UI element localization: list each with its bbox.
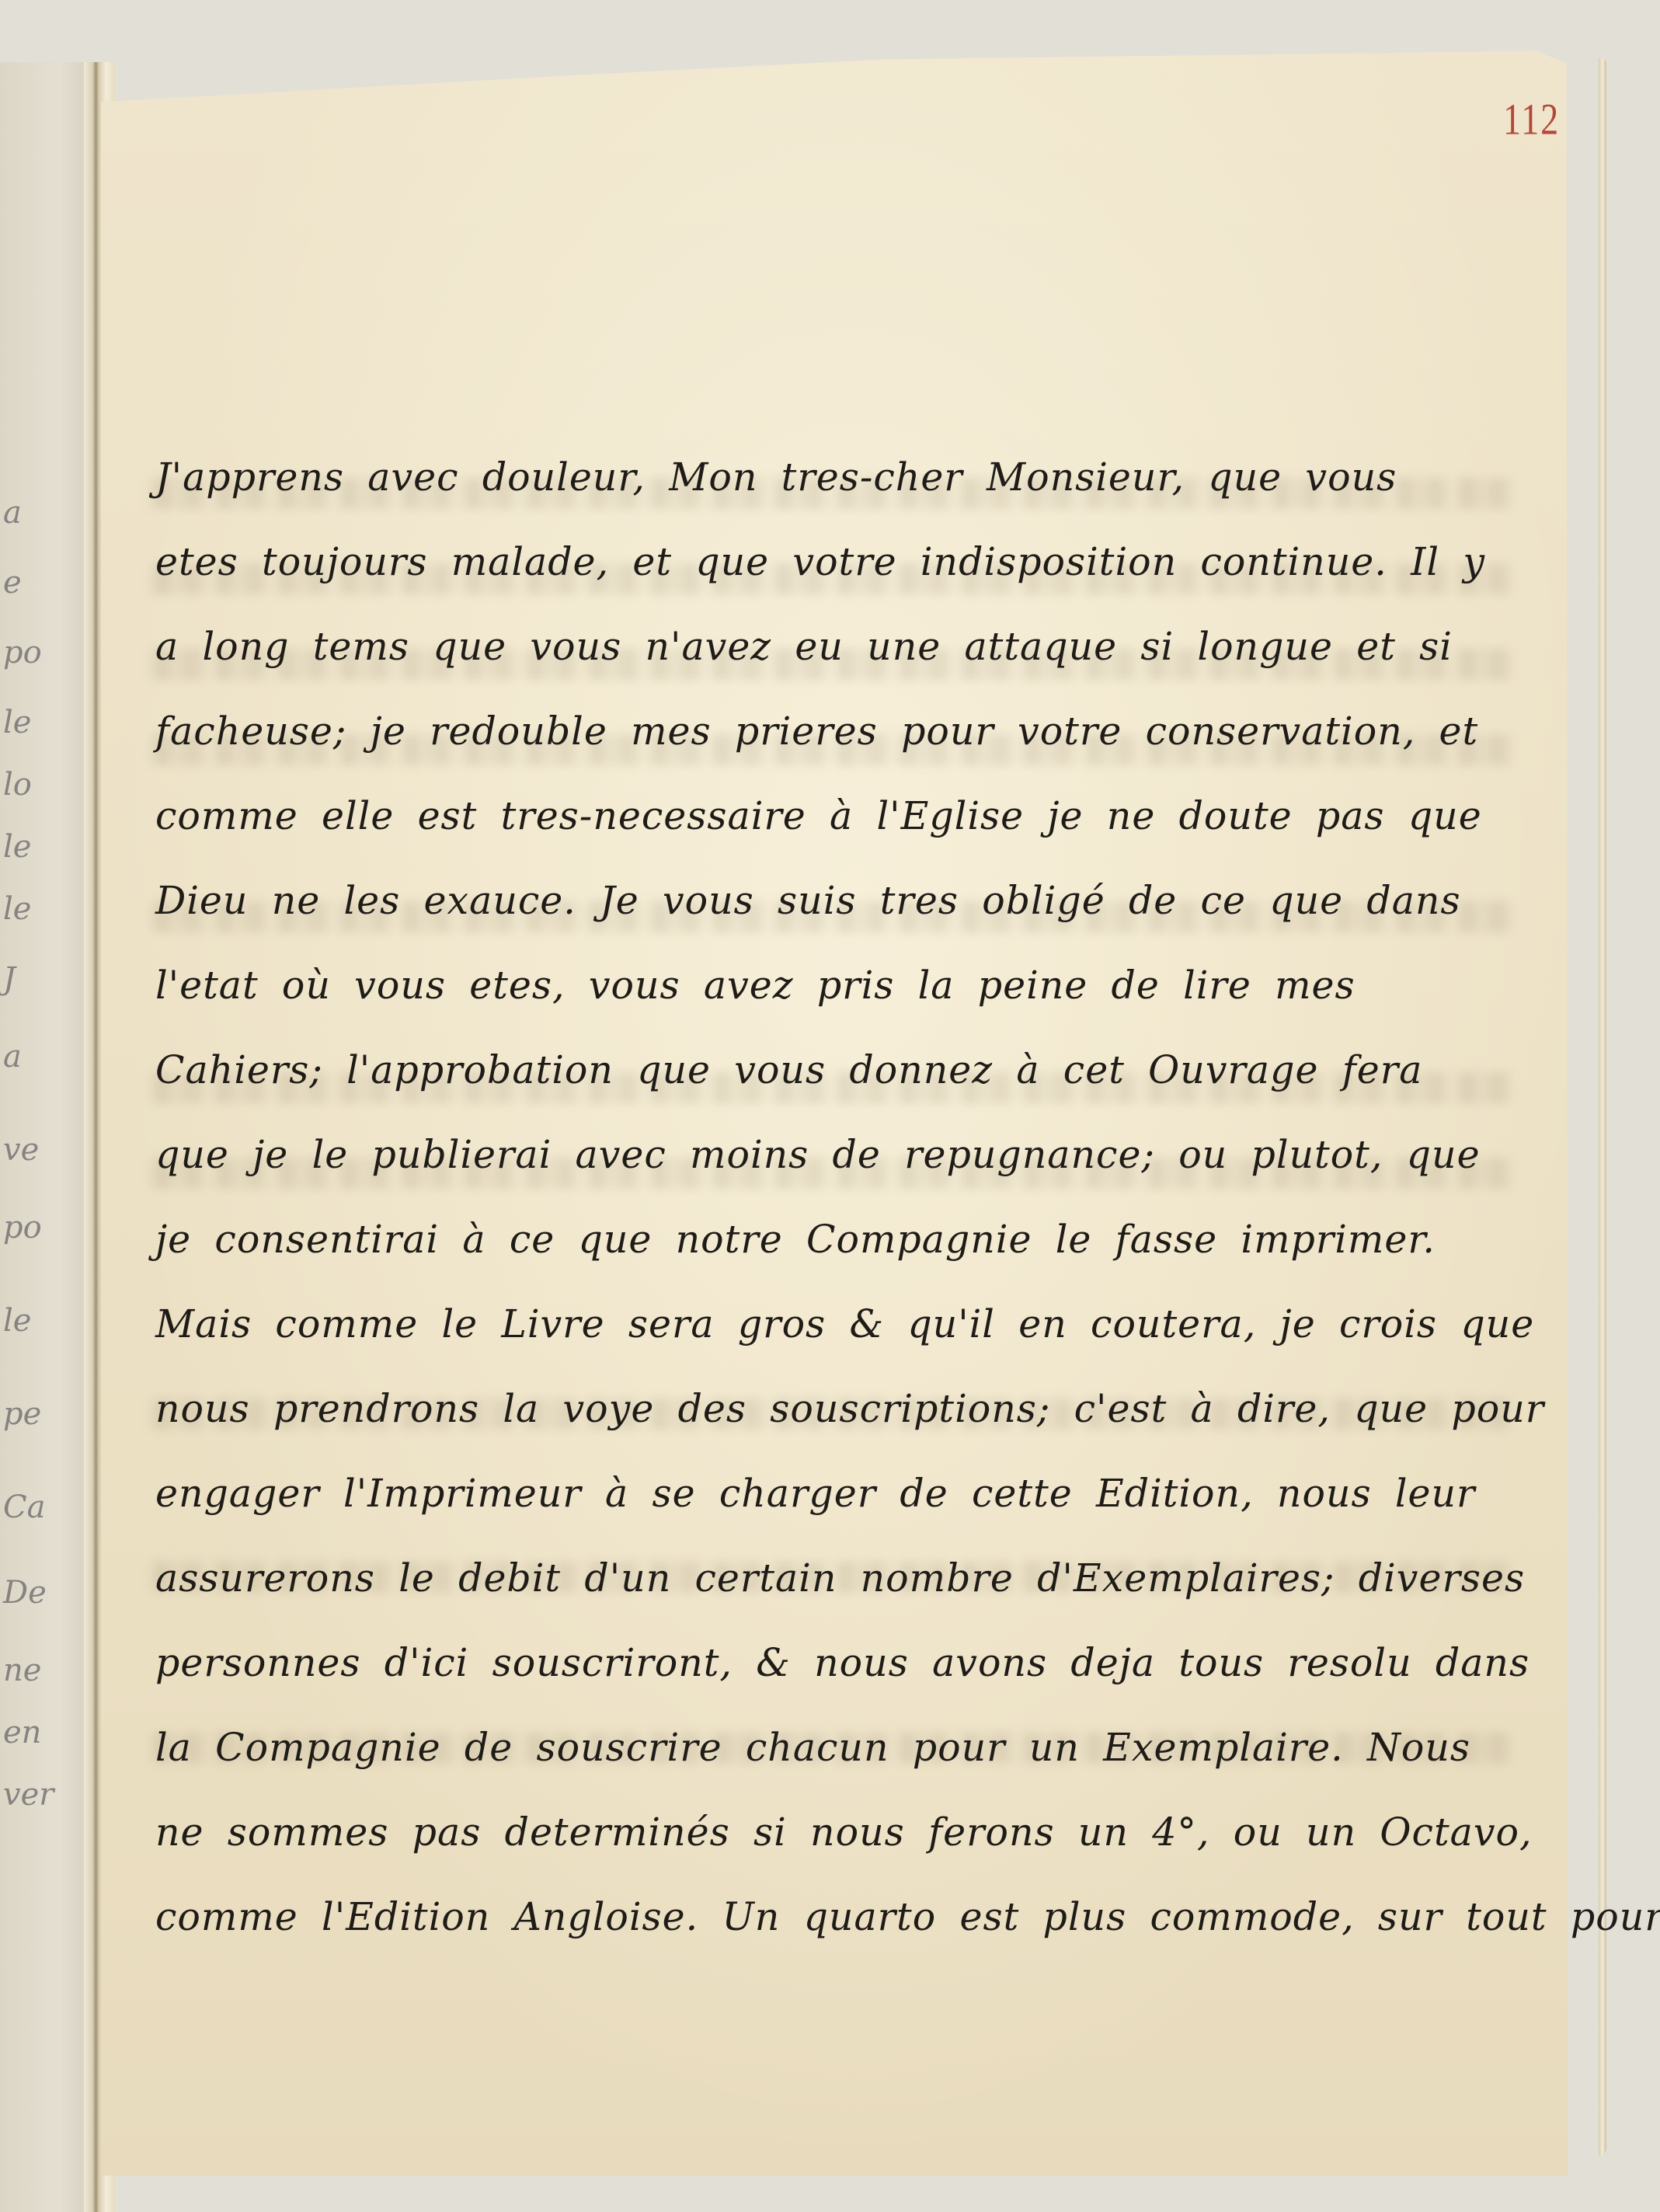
manuscript-line: la Compagnie de souscrire chacun pour un…	[155, 1705, 1518, 1790]
facing-page-fragment: a	[3, 1041, 22, 1072]
facing-page-verso: a e po le lo le le J a ve po le pe Ca De…	[0, 62, 85, 2212]
manuscript-line: l'etat où vous etes, vous avez pris la p…	[155, 943, 1518, 1028]
manuscript-line: Mais comme le Livre sera gros & qu'il en…	[155, 1282, 1518, 1367]
facing-page-fragment: lo	[3, 769, 32, 800]
facing-page-fragment: po	[3, 1212, 42, 1243]
facing-page-fragment: J	[3, 963, 16, 995]
facing-page-fragment: De	[3, 1577, 47, 1608]
manuscript-line: facheuse; je redouble mes prieres pour v…	[155, 689, 1518, 774]
facing-page-fragment: ve	[3, 1134, 39, 1165]
manuscript-line: nous prendrons la voye des souscriptions…	[155, 1367, 1518, 1451]
manuscript-line: etes toujours malade, et que votre indis…	[155, 520, 1518, 604]
manuscript-line: ne sommes pas determinés si nous ferons …	[155, 1790, 1518, 1875]
facing-page-fragment: e	[3, 567, 22, 598]
manuscript-line: Dieu ne les exauce. Je vous suis tres ob…	[155, 859, 1518, 943]
facing-page-fragment: ver	[3, 1779, 54, 1810]
facing-page-fragment: ne	[3, 1655, 41, 1686]
facing-page-fragment: po	[3, 637, 42, 668]
facing-page-fragment: le	[3, 831, 31, 862]
manuscript-line: assurerons le debit d'un certain nombre …	[155, 1536, 1518, 1621]
facing-page-fragment: a	[3, 497, 22, 528]
manuscript-line: que je le publierai avec moins de repugn…	[155, 1113, 1518, 1197]
facing-page-fragment: le	[3, 707, 31, 738]
manuscript-line: comme elle est tres-necessaire à l'Eglis…	[155, 774, 1518, 859]
manuscript-scan: a e po le lo le le J a ve po le pe Ca De…	[0, 0, 1660, 2212]
facing-page-fragment: Ca	[3, 1492, 45, 1523]
folio-number: 112	[1503, 93, 1560, 145]
manuscript-line: a long tems que vous n'avez eu une attaq…	[155, 604, 1518, 689]
manuscript-line: comme l'Edition Angloise. Un quarto est …	[155, 1875, 1518, 1959]
facing-page-fragment: en	[3, 1717, 41, 1748]
manuscript-line: Cahiers; l'approbation que vous donnez à…	[155, 1028, 1518, 1113]
letter-body: J'apprens avec douleur, Mon tres-cher Mo…	[155, 435, 1546, 1959]
facing-page-fragment: le	[3, 894, 31, 925]
leaf-fore-edge	[1599, 58, 1606, 2156]
manuscript-line: personnes d'ici souscriront, & nous avon…	[155, 1621, 1518, 1705]
manuscript-line: J'apprens avec douleur, Mon tres-cher Mo…	[155, 435, 1518, 520]
manuscript-line: engager l'Imprimeur à se charger de cett…	[155, 1451, 1518, 1536]
manuscript-line: je consentirai à ce que notre Compagnie …	[155, 1197, 1518, 1282]
facing-page-fragment: pe	[3, 1399, 41, 1430]
facing-page-fragment: le	[3, 1305, 31, 1336]
